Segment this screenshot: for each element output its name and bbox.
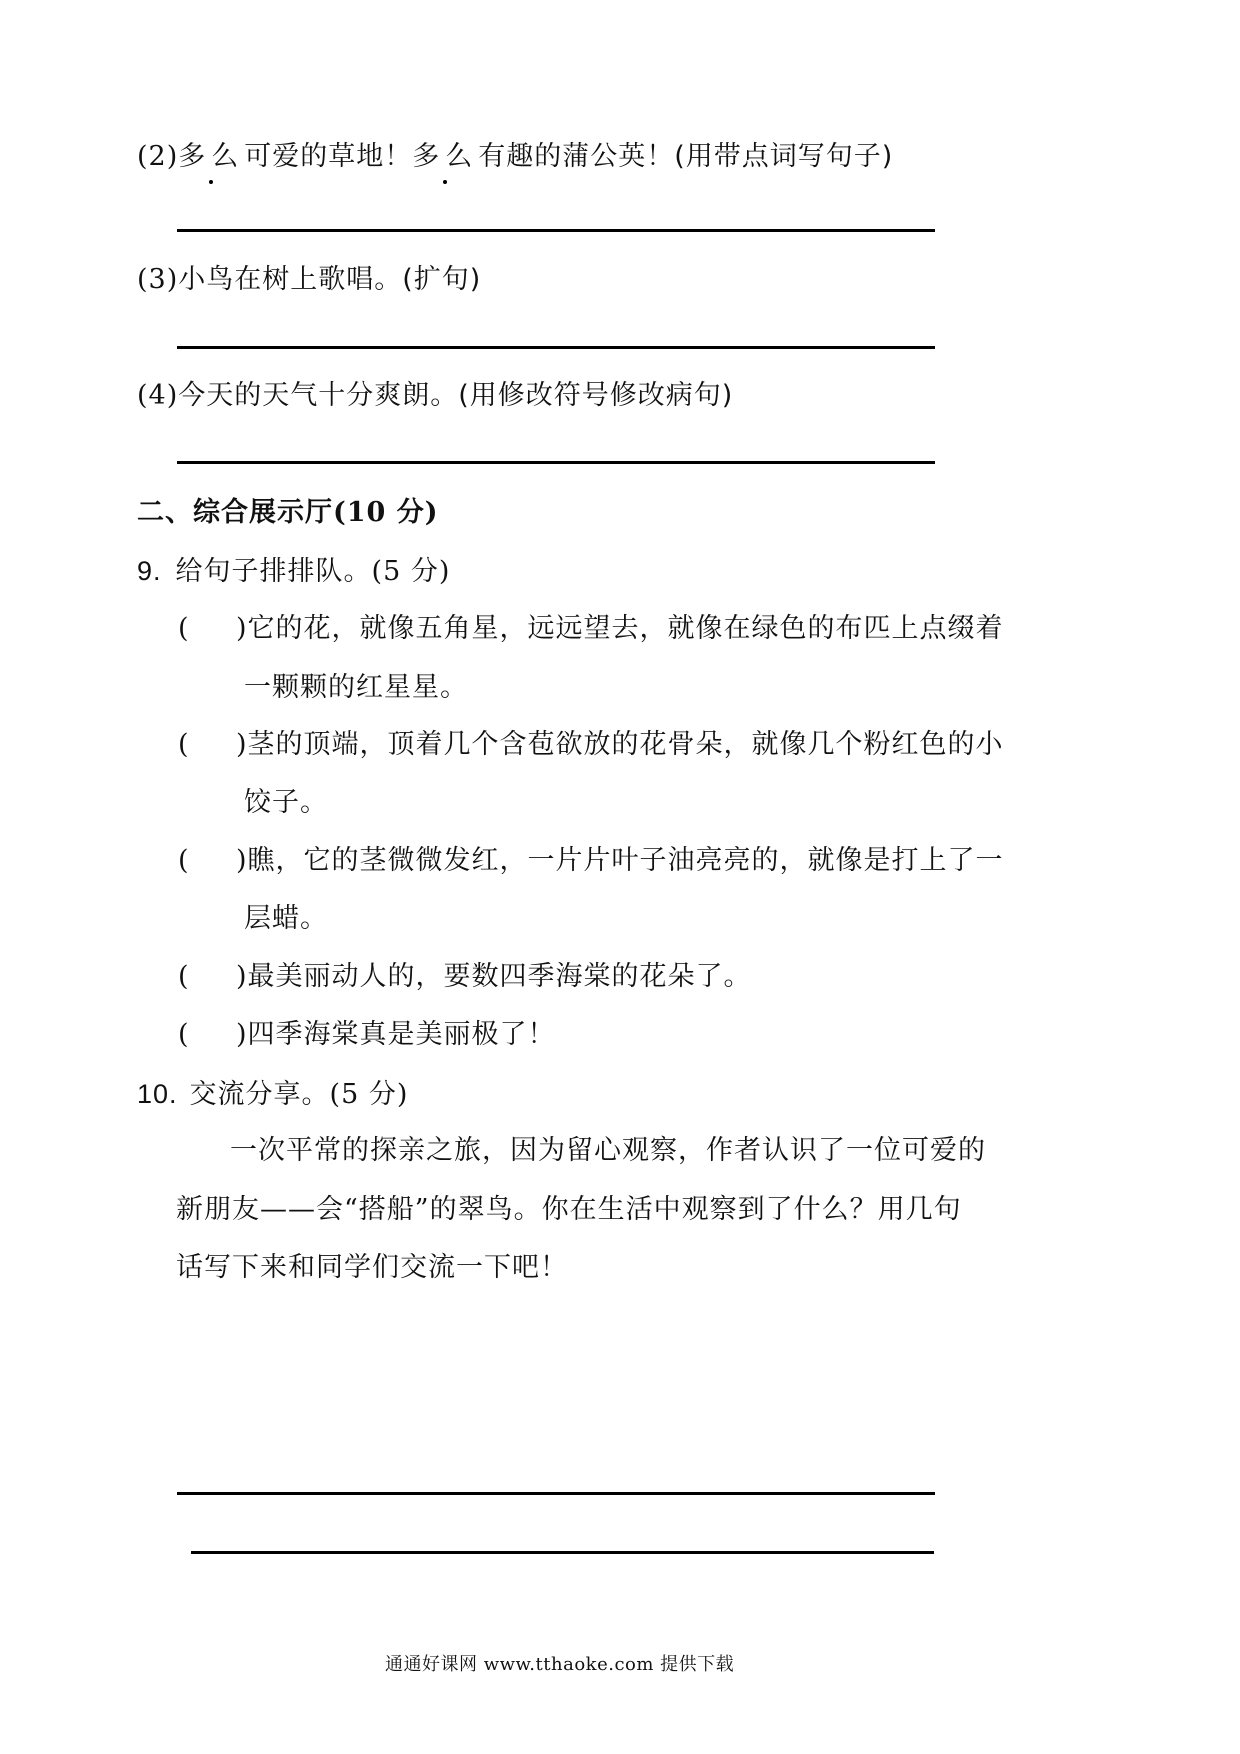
sentence: 小鸟在树上歌唱。 (178, 264, 402, 295)
q9-item-1-cont: 一颗颗的红星星。 (244, 671, 468, 705)
section-heading: 二、综合展示厅(10 分) (137, 496, 439, 530)
answer-line[interactable] (177, 229, 935, 232)
footer-credit: 通通好课网 www.tthaoke.com 提供下载 (385, 1653, 734, 1677)
answer-paren-close: ) (236, 1019, 248, 1050)
sentence-line: 茎的顶端，顶着几个含苞欲放的花骨朵，就像几个粉红色的小 (248, 729, 1004, 760)
q9-prompt: 9.给句子排排队。(5 分) (137, 554, 450, 589)
answer-paren-open[interactable]: ( (178, 728, 189, 762)
q8-item2: (2)多么可爱的草地！多么有趣的蒲公英！(用带点词写句子) (137, 140, 893, 174)
question-text: 给句子排排队。(5 分) (176, 556, 451, 587)
answer-paren-open[interactable]: ( (178, 612, 189, 646)
sentence-part: 可爱的草地！ (244, 141, 412, 172)
question-number: 9. (137, 556, 162, 586)
answer-paren-close: ) (236, 961, 248, 992)
answer-paren-open[interactable]: ( (178, 844, 189, 878)
sentence-line: 它的花，就像五角星，远远望去，就像在绿色的布匹上点缀着 (248, 613, 1004, 644)
answer-paren-close: ) (236, 729, 248, 760)
instruction-hint: (用带点词写句子) (674, 141, 893, 172)
q10-paragraph-line-3: 话写下来和同学们交流一下吧！ (176, 1251, 568, 1285)
q10-paragraph-line-2: 新朋友——会“搭船”的翠鸟。你在生活中观察到了什么？用几句 (176, 1193, 962, 1227)
q9-item-3: )瞧，它的茎微微发红，一片片叶子油亮亮的，就像是打上了一 (236, 844, 1004, 878)
q8-item3: (3)小鸟在树上歌唱。(扩句) (137, 263, 481, 297)
sentence-line: 四季海棠真是美丽极了！ (248, 1019, 556, 1050)
answer-line[interactable] (191, 1551, 934, 1554)
q10-prompt: 10.交流分享。(5 分) (137, 1077, 408, 1112)
q9-item-4: )最美丽动人的，要数四季海棠的花朵了。 (236, 960, 752, 994)
q9-item-1: )它的花，就像五角星，远远望去，就像在绿色的布匹上点缀着 (236, 612, 1004, 646)
sentence-line: 最美丽动人的，要数四季海棠的花朵了。 (248, 961, 752, 992)
sentence-part: 有趣的蒲公英！ (478, 141, 674, 172)
q10-paragraph-line-1: 一次平常的探亲之旅，因为留心观察，作者认识了一位可爱的 (230, 1134, 986, 1168)
emphasis-word: 多么 (412, 140, 478, 174)
q9-item-3-cont: 层蜡。 (244, 902, 328, 936)
emphasis-word: 多么 (178, 140, 244, 174)
instruction-hint: (用修改符号修改病句) (458, 380, 733, 411)
item-label: (3) (137, 264, 178, 295)
item-label: (4) (137, 380, 178, 411)
item-label: (2) (137, 141, 178, 172)
answer-line[interactable] (177, 1492, 935, 1495)
answer-paren-close: ) (236, 613, 248, 644)
sentence: 今天的天气十分爽朗。 (178, 380, 458, 411)
q8-item4: (4)今天的天气十分爽朗。(用修改符号修改病句) (137, 379, 733, 413)
answer-paren-close: ) (236, 845, 248, 876)
instruction-hint: (扩句) (402, 264, 481, 295)
q9-item-5: )四季海棠真是美丽极了！ (236, 1018, 556, 1052)
answer-paren-open[interactable]: ( (178, 1018, 189, 1052)
q9-item-2: )茎的顶端，顶着几个含苞欲放的花骨朵，就像几个粉红色的小 (236, 728, 1004, 762)
answer-paren-open[interactable]: ( (178, 960, 189, 994)
dotted-word: 多么 (178, 141, 244, 172)
sentence-line: 瞧，它的茎微微发红，一片片叶子油亮亮的，就像是打上了一 (248, 845, 1004, 876)
question-text: 交流分享。(5 分) (190, 1079, 409, 1110)
answer-line[interactable] (177, 461, 935, 464)
answer-line[interactable] (177, 346, 935, 349)
question-number: 10. (137, 1079, 178, 1109)
q9-item-2-cont: 饺子。 (244, 786, 328, 820)
